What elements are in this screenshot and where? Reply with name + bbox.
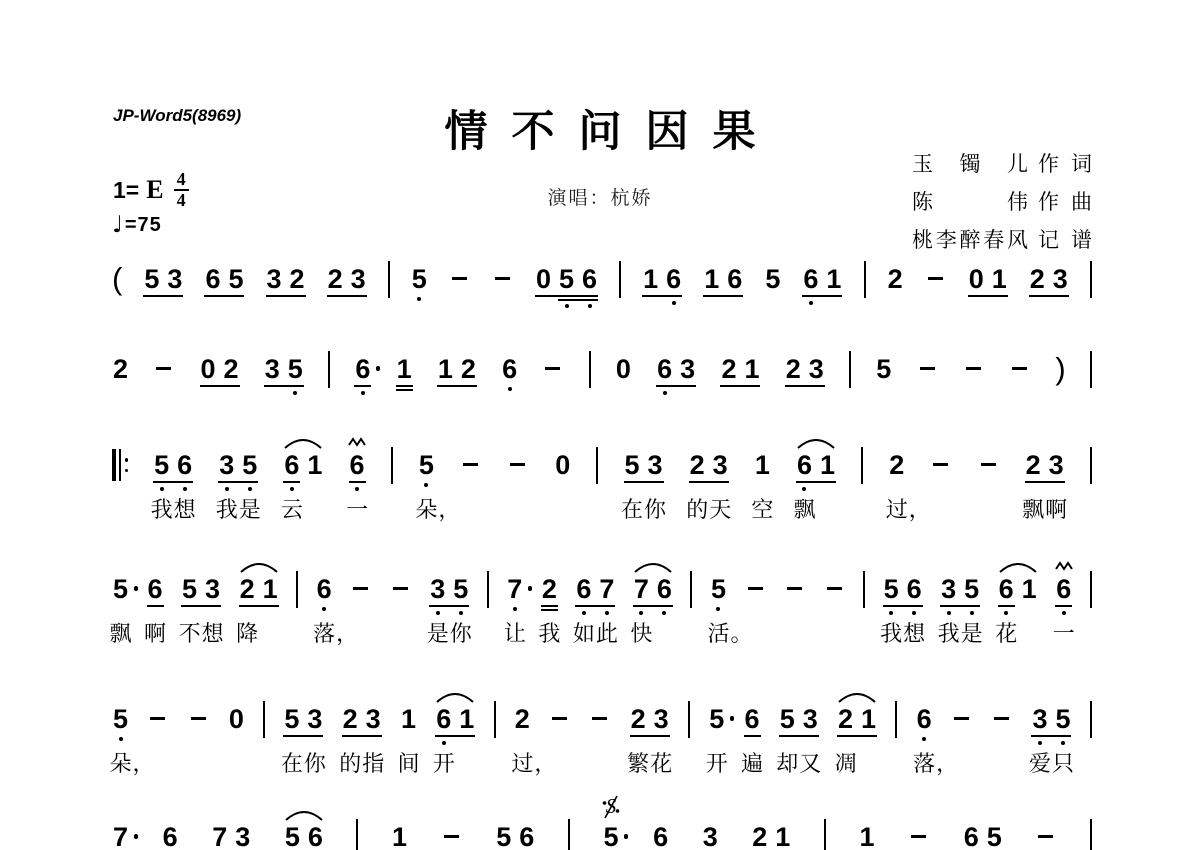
note-digit: 2 <box>113 354 128 384</box>
credit-char: 作 <box>1038 148 1059 178</box>
repeat-thin-bar <box>119 449 121 481</box>
note-group: 3是5你 <box>429 574 469 604</box>
note-group: 6 <box>501 354 518 384</box>
note-digit: 3 <box>713 450 728 480</box>
beam-underline <box>396 389 413 391</box>
lyric: 想 <box>202 617 225 648</box>
dash-bar <box>452 277 467 280</box>
beam-underline <box>575 605 615 607</box>
note-digit: 1 <box>459 704 474 734</box>
note: 3 <box>350 264 367 294</box>
slur-arc <box>837 690 877 704</box>
note-digit: 3 <box>703 822 718 850</box>
note: 6一 <box>1055 574 1072 604</box>
note-group: 7快6 <box>633 574 673 604</box>
low-octave-dot <box>248 487 252 491</box>
note-digit: 2 <box>328 264 343 294</box>
note-digit: 3 <box>941 574 956 604</box>
beam-underline <box>354 385 371 387</box>
lyric: 的 <box>686 493 709 524</box>
beam-underline <box>239 605 279 607</box>
beam-underline <box>624 481 664 483</box>
note-digit: 3 <box>219 450 234 480</box>
low-octave-dot <box>183 487 187 491</box>
note-digit: 3 <box>235 822 250 850</box>
note: 7 <box>112 822 129 850</box>
note-digit: 6 <box>907 574 922 604</box>
dash-bar <box>994 717 1009 720</box>
note-digit: 3 <box>267 264 282 294</box>
note-digit: 5 <box>711 574 726 604</box>
low-octave-dot <box>436 611 440 615</box>
note: 6 <box>656 574 673 604</box>
beam-underline <box>153 481 193 483</box>
note-digit: 6 <box>582 264 597 294</box>
note: 6落， <box>316 574 333 604</box>
note-digit: 7 <box>113 822 128 850</box>
note: 3想 <box>204 574 221 604</box>
augmentation-dot <box>624 834 629 839</box>
note-digit: 2 <box>721 354 736 384</box>
note-group: 2的3指 <box>342 704 382 734</box>
barline <box>863 571 865 608</box>
lyric: 是 <box>239 493 262 524</box>
note-digit: 1 <box>1022 574 1037 604</box>
note: 3你 <box>647 450 664 480</box>
note: 5在 <box>283 704 300 734</box>
beam-underline <box>744 735 761 737</box>
note-digit: 7 <box>507 574 522 604</box>
note: 1 <box>825 264 842 294</box>
note: 6落， <box>916 704 933 734</box>
note-digit: 2 <box>889 450 904 480</box>
lyric: 你 <box>450 617 473 648</box>
note-digit: 2 <box>1026 450 1041 480</box>
note-digit: 5 <box>709 704 724 734</box>
beam-underline <box>630 735 670 737</box>
note-digit: 3 <box>1032 704 1047 734</box>
note-digit: 0 <box>229 704 244 734</box>
lyric: 只 <box>1052 747 1075 778</box>
note: 5活。 <box>710 574 727 604</box>
note: 7快 <box>633 574 650 604</box>
low-octave-dot <box>663 391 667 395</box>
note-digit: 1 <box>643 264 658 294</box>
note-digit: 0 <box>555 450 570 480</box>
note: 5是 <box>241 450 258 480</box>
credit-role: 作曲 <box>1038 186 1092 216</box>
beam-underline <box>204 295 244 297</box>
low-octave-dot <box>417 297 421 301</box>
lyric: 快 <box>630 617 653 648</box>
credits: 玉镯儿作词陈伟作曲桃李醉春风记谱 <box>912 148 1092 262</box>
note-digit: 3 <box>654 704 669 734</box>
score-row-2: 202356112606321235) <box>112 354 1092 384</box>
lyric: 天 <box>709 493 732 524</box>
note-group: 6花1 <box>998 574 1038 604</box>
dash-bar <box>981 463 996 466</box>
note-digit: 2 <box>786 354 801 384</box>
note-digit: 5 <box>496 822 511 850</box>
note-group: 7 <box>112 822 129 850</box>
note: 0 <box>228 704 245 734</box>
credit-char: 风 <box>1007 224 1028 254</box>
low-octave-dot <box>1038 741 1042 745</box>
note-digit: 2 <box>343 704 358 734</box>
note-digit: 6 <box>727 264 742 294</box>
dash-line <box>153 354 175 384</box>
barline <box>494 701 496 738</box>
note-group: 2我 <box>541 574 558 604</box>
note: 0 <box>615 354 632 384</box>
low-octave-dot <box>119 737 123 741</box>
note-digit: 6 <box>284 450 299 480</box>
note-digit: 6 <box>653 822 668 850</box>
credit-char: 记 <box>1038 224 1059 254</box>
lyric: 想 <box>174 493 197 524</box>
low-octave-dot <box>802 487 806 491</box>
lyric: 让 <box>504 617 527 648</box>
augmentation-dot <box>528 586 533 591</box>
slur-arc <box>284 808 324 822</box>
note-digit: 2 <box>1030 264 1045 294</box>
note-digit: 1 <box>992 264 1007 294</box>
low-octave-dot <box>605 611 609 615</box>
note-digit: 1 <box>263 574 278 604</box>
note-digit: 5 <box>884 574 899 604</box>
barline <box>861 447 863 484</box>
low-octave-dot <box>922 737 926 741</box>
note: 5飘 <box>112 574 129 604</box>
score-row-5: 5朵，05在3你2的3指1间6开12过，2繁3花5开6遍5却3又2凋16落，3爱… <box>112 704 1092 734</box>
note-digit: 5 <box>284 704 299 734</box>
barline <box>1090 447 1092 484</box>
note-digit: 5 <box>228 264 243 294</box>
low-octave-dot <box>970 611 974 615</box>
note-group: 5朵， <box>418 450 435 480</box>
credit-role: 作词 <box>1038 148 1092 178</box>
dash-bar <box>748 587 763 590</box>
note: 3是 <box>429 574 446 604</box>
note-group: 3爱5只 <box>1031 704 1071 734</box>
note: 6 <box>726 264 743 294</box>
note-group: 6云1 <box>283 450 323 480</box>
note-digit: 5 <box>154 450 169 480</box>
note: 6 <box>963 822 980 850</box>
note: 5朵， <box>418 450 435 480</box>
lyric: 繁 <box>627 747 650 778</box>
slur-arc <box>633 560 673 574</box>
tempo: ♩ =75 <box>112 212 162 238</box>
note-digit: 6 <box>744 704 759 734</box>
parenthesis: ) <box>1055 353 1065 384</box>
dash-bar <box>463 463 478 466</box>
note-digit: 6 <box>205 264 220 294</box>
credit-char: 词 <box>1071 148 1092 178</box>
note-digit: 5 <box>242 450 257 480</box>
note-digit: 2 <box>542 574 557 604</box>
note-digit: 6 <box>436 704 451 734</box>
note-digit: 6 <box>657 574 672 604</box>
dash-line <box>917 354 939 384</box>
mordent-icon <box>1054 560 1074 571</box>
note-group: 6 <box>652 822 669 850</box>
note-group: 5 <box>411 264 428 294</box>
lyric: 此 <box>596 617 619 648</box>
note: 1 <box>262 574 279 604</box>
lyric: 爱 <box>1029 747 1052 778</box>
note: 5我 <box>883 574 900 604</box>
low-octave-dot <box>588 304 592 308</box>
barline <box>619 261 621 298</box>
note: 5开 <box>708 704 725 734</box>
lyric: 如 <box>573 617 596 648</box>
barline <box>263 701 265 738</box>
note-group: 5 <box>764 264 781 294</box>
note: 6 <box>581 264 598 294</box>
note-group: 2过， <box>888 450 905 480</box>
note-digit: 3 <box>351 264 366 294</box>
note: 6如 <box>575 574 592 604</box>
beam-underline <box>1031 735 1071 737</box>
beam-underline <box>883 605 923 607</box>
note-digit: 5 <box>765 264 780 294</box>
note: 5我 <box>153 450 170 480</box>
repeat-dots <box>125 449 129 481</box>
beam-underline <box>720 385 760 387</box>
credit-char: 曲 <box>1071 186 1092 216</box>
barline <box>1090 261 1092 298</box>
barline <box>356 819 358 850</box>
repeat-dot <box>125 458 129 462</box>
barline <box>589 351 591 388</box>
dash-bar <box>545 367 560 370</box>
note-digit: 1 <box>307 450 322 480</box>
note-digit: 0 <box>201 354 216 384</box>
slur-arc <box>796 436 836 450</box>
note: 3 <box>234 822 251 850</box>
quarter-note-icon: ♩ <box>112 212 123 238</box>
dash-line <box>188 704 210 734</box>
note: 3 <box>1052 264 1069 294</box>
parenthesis: ( <box>112 263 122 294</box>
low-octave-dot <box>889 611 893 615</box>
note-digit: 3 <box>680 354 695 384</box>
lyric: 开 <box>433 747 456 778</box>
barline <box>596 447 598 484</box>
note-digit: 2 <box>888 264 903 294</box>
credit-line: 桃李醉春风记谱 <box>912 224 1092 254</box>
note: 6 <box>518 822 535 850</box>
note: 6云 <box>283 450 300 480</box>
beam-underline <box>342 735 382 737</box>
note-digit: 5 <box>412 264 427 294</box>
low-octave-dot <box>582 611 586 615</box>
note: 5 <box>495 822 512 850</box>
barline <box>849 351 851 388</box>
note: 7 <box>211 822 228 850</box>
note: 3爱 <box>1031 704 1048 734</box>
low-octave-dot <box>424 483 428 487</box>
beam-underline <box>656 385 696 387</box>
note: 6开 <box>435 704 452 734</box>
note: 6 <box>665 264 682 294</box>
note-group: 5在3你 <box>283 704 323 734</box>
lyric: 开 <box>706 747 729 778</box>
note-group: 53 <box>143 264 183 294</box>
barline <box>568 819 570 850</box>
low-octave-dot <box>322 607 326 611</box>
barline <box>1090 701 1092 738</box>
note-digit: 3 <box>803 704 818 734</box>
note: 2 <box>751 822 768 850</box>
lyric: 你 <box>304 747 327 778</box>
credit-char: 春 <box>983 224 1004 254</box>
note: 5在 <box>624 450 641 480</box>
note-group: 0 <box>228 704 245 734</box>
note-digit: 1 <box>775 822 790 850</box>
beam-underline <box>689 481 729 483</box>
sheet-page: JP-Word5(8969) 情不问因果 演唱：杭娇 玉镯儿作词陈伟作曲桃李醉春… <box>0 0 1200 850</box>
note: 5 <box>875 354 892 384</box>
credit-name: 桃李醉春风 <box>912 224 1028 254</box>
note: 2 <box>887 264 904 294</box>
note-digit: 1 <box>860 822 875 850</box>
dash-bar <box>954 717 969 720</box>
note: 5 <box>411 264 428 294</box>
credit-line: 玉镯儿作词 <box>912 148 1092 178</box>
credit-char: 谱 <box>1071 224 1092 254</box>
lyric: 我 <box>938 617 961 648</box>
slur-arc <box>435 690 475 704</box>
segno-icon: S <box>601 794 621 820</box>
note: 3又 <box>802 704 819 734</box>
dash-bar <box>966 367 981 370</box>
note: 0 <box>200 354 217 384</box>
credit-char: 作 <box>1038 186 1059 216</box>
note-group: 63 <box>656 354 696 384</box>
lyric: 间 <box>397 747 420 778</box>
note-group: 5飘 <box>112 574 129 604</box>
note-digit: 1 <box>438 354 453 384</box>
lyric: 飘 <box>793 493 816 524</box>
note-group: 3 <box>702 822 719 850</box>
note-group: 5S <box>602 822 619 850</box>
beam-underline <box>837 735 877 737</box>
note-group: 5朵， <box>112 704 129 734</box>
note: 6 <box>802 264 819 294</box>
note-group: 6如7此 <box>575 574 615 604</box>
dash-line <box>507 450 529 480</box>
note: 2 <box>112 354 129 384</box>
note-group: 23 <box>327 264 367 294</box>
barline <box>1090 351 1092 388</box>
note: 2 <box>289 264 306 294</box>
barline <box>864 261 866 298</box>
note-digit: 3 <box>265 354 280 384</box>
note: 6 <box>204 264 221 294</box>
augmentation-dot <box>134 586 139 591</box>
note-group: 3我5是 <box>940 574 980 604</box>
note-digit: 1 <box>397 354 412 384</box>
note-group: 2 <box>112 354 129 384</box>
note-digit: 6 <box>797 450 812 480</box>
note-digit: 5 <box>144 264 159 294</box>
note-digit: 1 <box>704 264 719 294</box>
note-digit: 3 <box>307 704 322 734</box>
note-digit: 5 <box>1055 704 1070 734</box>
note: 5却 <box>779 704 796 734</box>
note-digit: 5 <box>288 354 303 384</box>
beam-underline <box>1029 295 1069 297</box>
lyric: 又 <box>799 747 822 778</box>
note-group: 5开 <box>708 704 725 734</box>
dash-line <box>991 704 1013 734</box>
note: 2的 <box>689 450 706 480</box>
lyric: 一 <box>346 493 369 524</box>
low-octave-dot <box>459 611 463 615</box>
dash-line <box>492 264 514 294</box>
note: 3指 <box>365 704 382 734</box>
note-digit: 5 <box>285 822 300 850</box>
note-digit: 0 <box>616 354 631 384</box>
note: 3 <box>266 264 283 294</box>
lyric: 降 <box>236 617 259 648</box>
dash-line <box>784 574 806 604</box>
note-digit: 1 <box>401 704 416 734</box>
note-group: 0 <box>615 354 632 384</box>
note-digit: 3 <box>205 574 220 604</box>
augmentation-dot <box>376 366 381 371</box>
dash-line <box>350 574 372 604</box>
note-digit: 2 <box>838 704 853 734</box>
note: 5 <box>284 822 301 850</box>
credit-name: 玉镯儿 <box>912 148 1028 178</box>
key-tonic: E <box>146 175 163 205</box>
lyric: 却 <box>776 747 799 778</box>
note: 2凋 <box>837 704 854 734</box>
note-digit: 6 <box>999 574 1014 604</box>
lyric: 空 <box>751 493 774 524</box>
beam-underline <box>1025 481 1065 483</box>
note: 6 <box>652 822 669 850</box>
note-group: 6落， <box>316 574 333 604</box>
note-digit: 5 <box>876 354 891 384</box>
note-group: 65 <box>204 264 244 294</box>
note-group: 6 <box>162 822 179 850</box>
note-digit: 3 <box>648 450 663 480</box>
note-group: 1 <box>396 354 413 384</box>
low-octave-dot <box>947 611 951 615</box>
note-digit: 7 <box>212 822 227 850</box>
note-digit: 7 <box>634 574 649 604</box>
lyric: 朵， <box>415 493 461 524</box>
beam-underline <box>143 295 183 297</box>
lyric: 花 <box>650 747 673 778</box>
slur-arc <box>283 436 323 450</box>
note-group: 5却3又 <box>779 704 819 734</box>
beam-underline <box>437 385 477 387</box>
note-digit: 0 <box>536 264 551 294</box>
note: 3 <box>702 822 719 850</box>
low-octave-dot <box>565 304 569 308</box>
note-digit: 5 <box>113 574 128 604</box>
low-octave-dot <box>1061 741 1065 745</box>
note-group: 01 <box>968 264 1008 294</box>
note-digit: 6 <box>1056 574 1071 604</box>
beam-underline <box>349 481 366 483</box>
note: 6 <box>656 354 673 384</box>
